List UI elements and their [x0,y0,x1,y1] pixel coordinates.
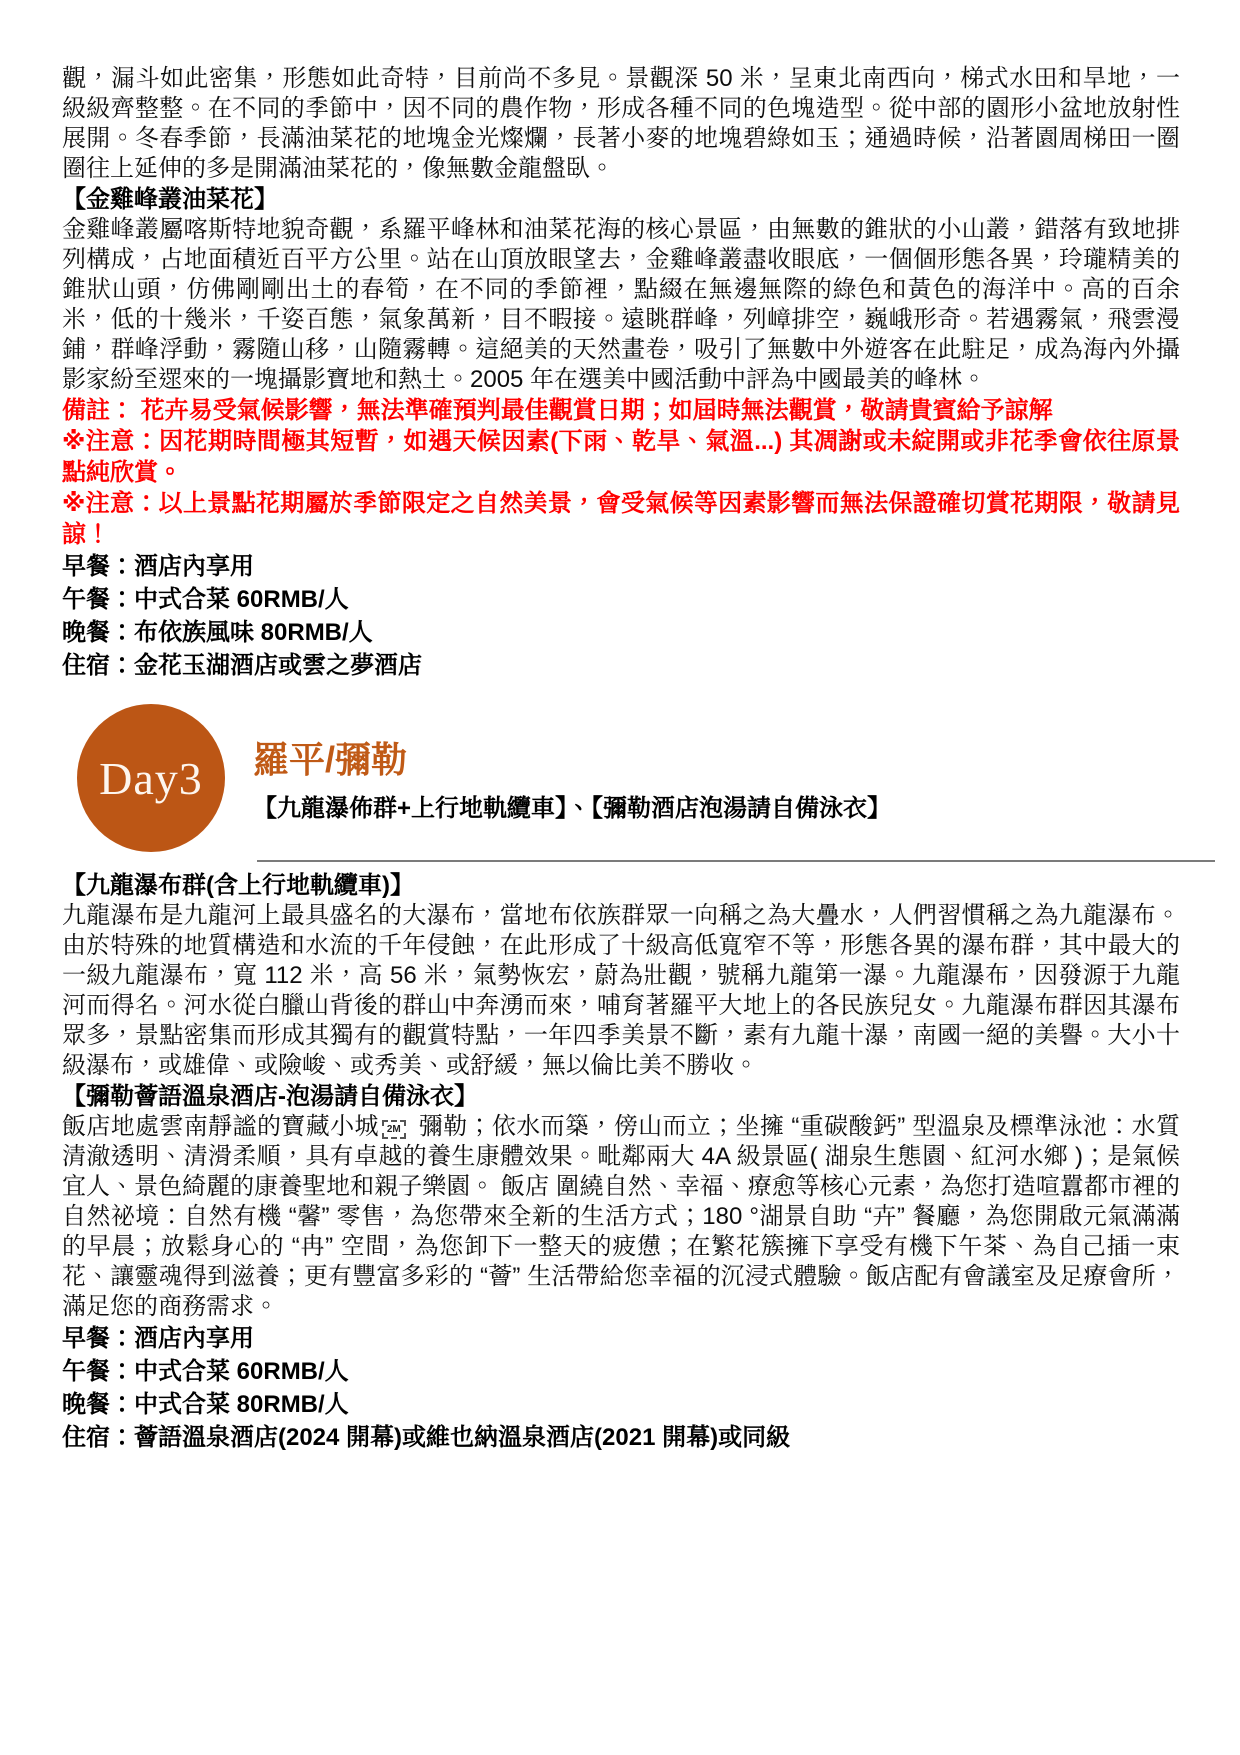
hotel-text-before-glyph: 飯店地處雲南靜謐的寶藏小城 [62,1113,379,1140]
paragraph-golden-rooster-peaks: 金雞峰叢屬喀斯特地貌奇觀，系羅平峰林和油菜花海的核心景區，由無數的錐狀的小山叢，… [62,215,1180,395]
day2-breakfast-line: 早餐：酒店內享用 [62,550,1180,583]
day2-lunch-line: 午餐：中式合菜 60RMB/人 [62,583,1180,616]
paragraph-hotel-description: 飯店地處雲南靜謐的寶藏小城2M 彌勒；依水而築，傍山而立；坐擁 “重碳酸鈣” 型… [62,1112,1180,1322]
heading-golden-rooster-peaks: 【金雞峰叢油菜花】 [62,184,1180,215]
note-flower-remark: 備註： 花卉易受氣候影響，無法準確預判最佳觀賞日期；如屆時無法觀賞，敬請貴賓給予… [62,395,1180,426]
day3-header: Day3 羅平/彌勒 【九龍瀑佈群+上行地軌纜車】、【彌勒酒店泡湯請自備泳衣】 [77,704,1180,852]
note-flower-season-attention-2: ※注意：以上景點花期屬於季節限定之自然美景，會受氣候等因素影響而無法保證確切賞花… [62,488,1180,550]
missing-glyph-label: 2M [387,1124,401,1135]
day2-dinner-line: 晚餐：布依族風味 80RMB/人 [62,616,1180,649]
day3-highlights-subtitle: 【九龍瀑佈群+上行地軌纜車】、【彌勒酒店泡湯請自備泳衣】 [253,794,891,824]
day2-meal-list: 早餐：酒店內享用 午餐：中式合菜 60RMB/人 晚餐：布依族風味 80RMB/… [62,550,1180,682]
day3-route-title: 羅平/彌勒 [253,738,891,782]
paragraph-nine-dragon-falls: 九龍瀑布是九龍河上最具盛名的大瀑布，當地布依族群眾一向稱之為大疊水，人們習慣稱之… [62,901,1180,1081]
day3-dinner-line: 晚餐：中式合菜 80RMB/人 [62,1388,1180,1421]
missing-glyph-box: 2M [382,1120,406,1139]
day3-hotel-line: 住宿：薈語溫泉酒店(2024 開幕)或維也納溫泉酒店(2021 開幕)或同級 [62,1421,1180,1454]
day3-circle-badge: Day3 [77,704,225,852]
day3-badge-label: Day3 [99,752,203,805]
day3-meal-list: 早餐：酒店內享用 午餐：中式合菜 60RMB/人 晚餐：中式合菜 80RMB/人… [62,1322,1180,1454]
day3-breakfast-line: 早餐：酒店內享用 [62,1322,1180,1355]
heading-huiyu-hot-spring-hotel: 【彌勒薈語溫泉酒店-泡湯請自備泳衣】 [62,1081,1180,1112]
day3-lunch-line: 午餐：中式合菜 60RMB/人 [62,1355,1180,1388]
note-flower-season-attention-1: ※注意：因花期時間極其短暫，如遇天候因素(下雨、乾旱、氣溫...) 其凋謝或未綻… [62,426,1180,488]
day3-header-text: 羅平/彌勒 【九龍瀑佈群+上行地軌纜車】、【彌勒酒店泡湯請自備泳衣】 [253,704,891,852]
paragraph-terrace-landscape: 觀，漏斗如此密集，形態如此奇特，目前尚不多見。景觀深 50 米，呈東北南西向，梯… [62,64,1180,184]
day2-hotel-line: 住宿：金花玉湖酒店或雲之夢酒店 [62,649,1180,682]
day3-divider-line [257,860,1215,862]
hotel-text-after-glyph: 彌勒；依水而築，傍山而立；坐擁 “重碳酸鈣” 型溫泉及標準泳池：水質清澈透明、清… [62,1113,1180,1320]
itinerary-page: 觀，漏斗如此密集，形態如此奇特，目前尚不多見。景觀深 50 米，呈東北南西向，梯… [0,0,1240,1755]
heading-nine-dragon-falls: 【九龍瀑布群(含上行地軌纜車)】 [62,870,1180,901]
